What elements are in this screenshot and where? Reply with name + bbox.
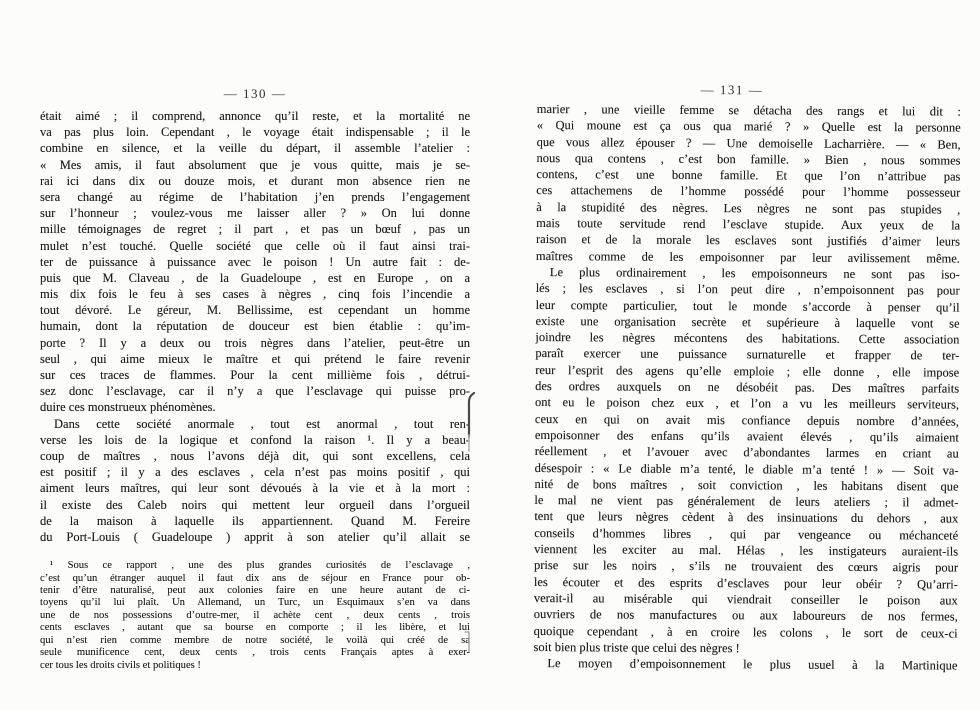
text-line: mis dix fois le feu à ses cases à nègres… [40, 286, 470, 302]
text-line: cer tous les droits civils et politiques… [40, 660, 470, 672]
text-line: était aimé ; il comprend, annonce qu’il … [40, 108, 470, 124]
text-line: aiment leurs maîtres, qui leur sont dévo… [40, 480, 470, 496]
text-line: coup de maîtres , nous l’avons déjà dit,… [40, 448, 470, 464]
text-line: sur ces traces de flammes. Pour la cent … [40, 367, 470, 383]
text-line: prise sur les noirs , s’ils ne trouvaien… [534, 557, 958, 576]
text-line: mille témoignages de regret ; il part , … [40, 221, 470, 237]
text-line: rai ici dans dix ou douze mois, et duran… [40, 173, 470, 189]
right-page: — 131 — marier , une vieille femme se dé… [533, 81, 961, 674]
left-page-footnote: ¹ Sous ce rapport , une des plus grandes… [40, 560, 470, 672]
text-line: « Qui moune est ça ous qua marié ? » Que… [537, 117, 961, 136]
text-line: « Mes amis, il faut absolument que je vo… [40, 157, 470, 173]
page-number-right: — 131 — [520, 81, 944, 99]
right-page-body: marier , une vieille femme se détacha de… [533, 101, 960, 674]
text-line: seule munificence cent, deux cents , tro… [40, 647, 470, 659]
text-line: est positif ; il y a des esclaves , cela… [40, 464, 470, 480]
text-line: toyens qu’il lui plaît. Un Allemand, un … [40, 597, 470, 609]
text-line: tenir d’être naturalisé, peut aux coloni… [40, 585, 470, 597]
text-line: qui n’est rien comme membre de notre soc… [40, 635, 470, 647]
text-line: puis que M. Claveau , de la Guadeloupe ,… [40, 270, 470, 286]
text-line: ¹ Sous ce rapport , une des plus grandes… [40, 560, 470, 572]
text-line: Le moyen d’empoisonnement le plus usuel … [533, 655, 957, 674]
text-line: ter de puissance à puissance avec le poi… [40, 254, 470, 270]
text-line: Dans cette société anormale , tout est a… [40, 416, 470, 432]
text-line: cents esclaves , autant que sa bourse en… [40, 622, 470, 634]
text-line: il existe des Caleb noirs qui mettent le… [40, 497, 470, 513]
text-line: réellement , et l’avouer avec d’abondant… [535, 443, 959, 462]
scanned-book-spread: { "left_page": { "header": "— 130 —", "p… [0, 0, 980, 710]
text-line: tout dévoré. Le géreur, M. Bellissime, e… [40, 302, 470, 318]
text-line: seul , qui aime mieux le maître et qui p… [40, 351, 470, 367]
left-page-body: était aimé ; il comprend, annonce qu’il … [40, 108, 470, 545]
text-line: une de nos possessions d’outre-mer, il a… [40, 610, 470, 622]
text-line: de la maison à laquelle ils appartiennen… [40, 513, 470, 529]
text-line: c’est qu’un étranger auquel il faut dix … [40, 573, 470, 585]
text-line: ouvriers de nos manufactures ou aux labo… [534, 606, 958, 625]
text-line: verse les lois de la logique et confond … [40, 432, 470, 448]
text-line: sera changé au régime de l’habitation j’… [40, 189, 470, 205]
page-number-left: — 130 — [40, 86, 470, 101]
text-line: combine en silence, et la veille du dépa… [40, 140, 470, 156]
text-line: humain, dont la réputation de douceur es… [40, 318, 470, 334]
text-line: va pas plus loin. Cependant , le voyage … [40, 124, 470, 140]
text-line: mulet n’est touché. Quelle société que c… [40, 238, 470, 254]
text-line: porte ? Il y a deux ou trois nègres dans… [40, 335, 470, 351]
text-line: du Port-Louis ( Guadeloupe ) apprit à so… [40, 529, 470, 545]
text-line: lés ; les esclaves , si l’on peut dire ,… [536, 280, 960, 299]
text-line: sez donc l’esclavage, car il n’y a que l… [40, 383, 470, 399]
text-line: sur l’honneur ; voulez-vous me laisser a… [40, 205, 470, 221]
text-line: duire ces monstrueux phénomènes. [40, 399, 470, 415]
left-page: — 130 — était aimé ; il comprend, annonc… [40, 86, 470, 672]
